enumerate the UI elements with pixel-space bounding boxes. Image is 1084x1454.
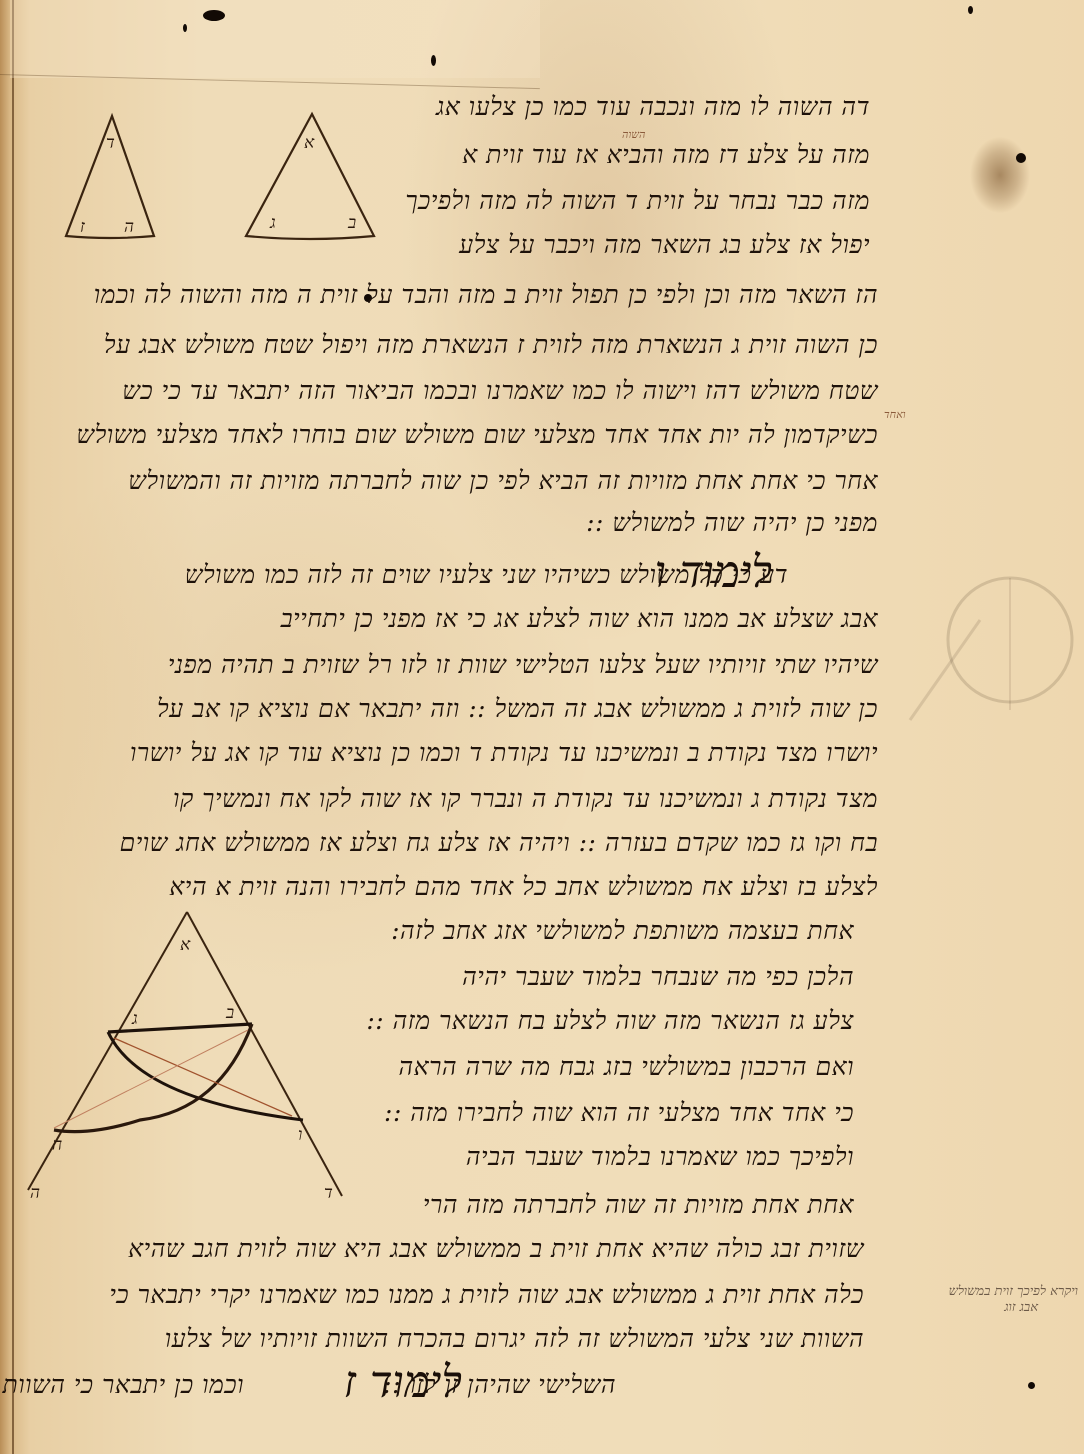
ink-speck: [183, 24, 187, 32]
triangle-diagram-dzh: ד ז ה: [60, 110, 170, 250]
vertex-label: ה: [30, 1183, 40, 1203]
text-line: מצד נקודת ג ונמשיכנו עד נקודת ה ונברר קו…: [173, 784, 878, 814]
vertex-label: ו: [298, 1125, 302, 1145]
triangle-diagram-abg: א ג ב: [240, 110, 380, 250]
vertex-label: א: [304, 133, 315, 153]
text-line: שיהיו שתי זויותיו שעל צלעו הטלישי שוות ז…: [168, 650, 878, 680]
text-line: שטח משולש דהז וישוה לו כמו שאמרנו ובכמו …: [122, 376, 878, 406]
ink-speck: [968, 6, 973, 14]
interlinear-note: ואחד: [884, 408, 906, 421]
manuscript-page: ד ז ה א ג ב השוה ואחד דה השוה לו מזה ונכ…: [0, 0, 1084, 1454]
text-line: יושרו מצד נקודת ב ונמשיכנו עד נקודת ד וכ…: [130, 738, 878, 768]
text-line: צלע גז הנשאר מזה שוה לצלע בח הנשאר מזה :…: [366, 1006, 854, 1036]
text-line: מפני כן יהיה שוה למשולש ::: [586, 508, 878, 538]
text-line: דע כי כל משולש כשיהיו שני צלעיו שוים זה …: [185, 560, 788, 590]
vertex-label: ב: [225, 1003, 234, 1023]
vertex-label: ב: [347, 213, 356, 233]
vertex-label: ז: [80, 217, 85, 237]
vertex-label: ג: [131, 1009, 138, 1029]
text-line: אחר כי אחת אחת מזויות זה הביא לפי כן שוה…: [128, 466, 878, 496]
vertex-label: ה: [124, 217, 134, 237]
text-line: השוות שני צלעי המשולש זה לזה יגרום בהכרח…: [165, 1324, 864, 1354]
text-line: בח וקו גז כמו שקדם בעזרה :: ויהיה אז צלע…: [120, 828, 878, 858]
text-line: מזה על צלע דז מזה והביא אז עוד זוית א: [462, 140, 870, 170]
text-line: אחת בעצמה משותפת למשולשי אזג אחב לזה:: [391, 916, 854, 946]
text-line: הלכן כפי מה שנבחר בלמוד שעבר יהיה: [462, 962, 854, 992]
text-line: אחת אחת מזויות זה שוה לחברתה מזה הרי: [423, 1190, 854, 1220]
text-line: כלה אחת זוית ג ממשולש אבג שוה לזוית ג ממ…: [109, 1280, 864, 1310]
text-line: כי אחד אחד מצלעי זה הוא שוה לחבירו מזה :…: [384, 1098, 854, 1128]
margin-note-line: אבג זוג: [949, 1300, 1078, 1316]
text-line: לצלע בז וצלע אח ממשולש אחב כל אחד מהם לח…: [169, 872, 878, 902]
text-line: כן השוה זוית ג הנשארת מזה לזוית ז הנשארת…: [104, 330, 878, 360]
margin-note-line: ויקרא לפיכך זוית במשולש: [949, 1284, 1078, 1300]
paper-patch: [10, 0, 540, 78]
vertex-label: ח: [52, 1135, 62, 1155]
text-line: דה השוה לו מזה ונכבה עוד כמו כן צלעו אג: [436, 92, 870, 122]
text-line: אבג שצלע אב ממנו הוא שוה לצלע אג כי אז מ…: [281, 604, 878, 634]
text-line: יפול אז צלע בג השאר מזה ויכבר על צלע: [459, 230, 870, 260]
text-line: שזוית זבג כולה שהיא אחת זוית ב ממשולש אב…: [128, 1234, 864, 1264]
bleed-through-circle: [940, 560, 1084, 740]
vertex-label: ד: [324, 1183, 333, 1203]
ink-speck: [431, 55, 436, 66]
vertex-label: ד: [106, 133, 115, 153]
margin-note: ויקרא לפיכך זוית במשולש אבג זוג: [949, 1284, 1078, 1316]
text-line: וכמו כן יתבאר כי השוות זוית ב לזוית: [0, 1370, 244, 1400]
ink-speck: [203, 10, 225, 21]
text-line: ואם הרכבון במשולשי בזג גבח מה שרה הראה: [398, 1052, 854, 1082]
text-line: ולפיכך כמו שאמרנו בלמוד שעבר הביה: [466, 1142, 854, 1172]
text-line: כשיקדמון לה יות אחד אחד מצלעי שום משולש …: [76, 420, 878, 450]
vertex-label: א: [180, 935, 191, 955]
isosceles-triangle-diagram: א ג ב ח ו ה ד: [20, 900, 380, 1220]
text-line: הז השאר מזה וכן ולפי כן תפול זוית ב מזה …: [94, 280, 878, 310]
ink-speck: [1028, 1382, 1035, 1389]
ink-speck: [1016, 153, 1026, 163]
text-line: מזה כבר נבחר על זוית ד השוה לה מזה ולפיכ…: [405, 186, 870, 216]
vertex-label: ג: [269, 213, 276, 233]
proposition-heading-7: לימוד ז: [344, 1358, 462, 1408]
text-line: כן שוה לזוית ג ממשולש אבג זה המשל :: וזה…: [157, 694, 878, 724]
